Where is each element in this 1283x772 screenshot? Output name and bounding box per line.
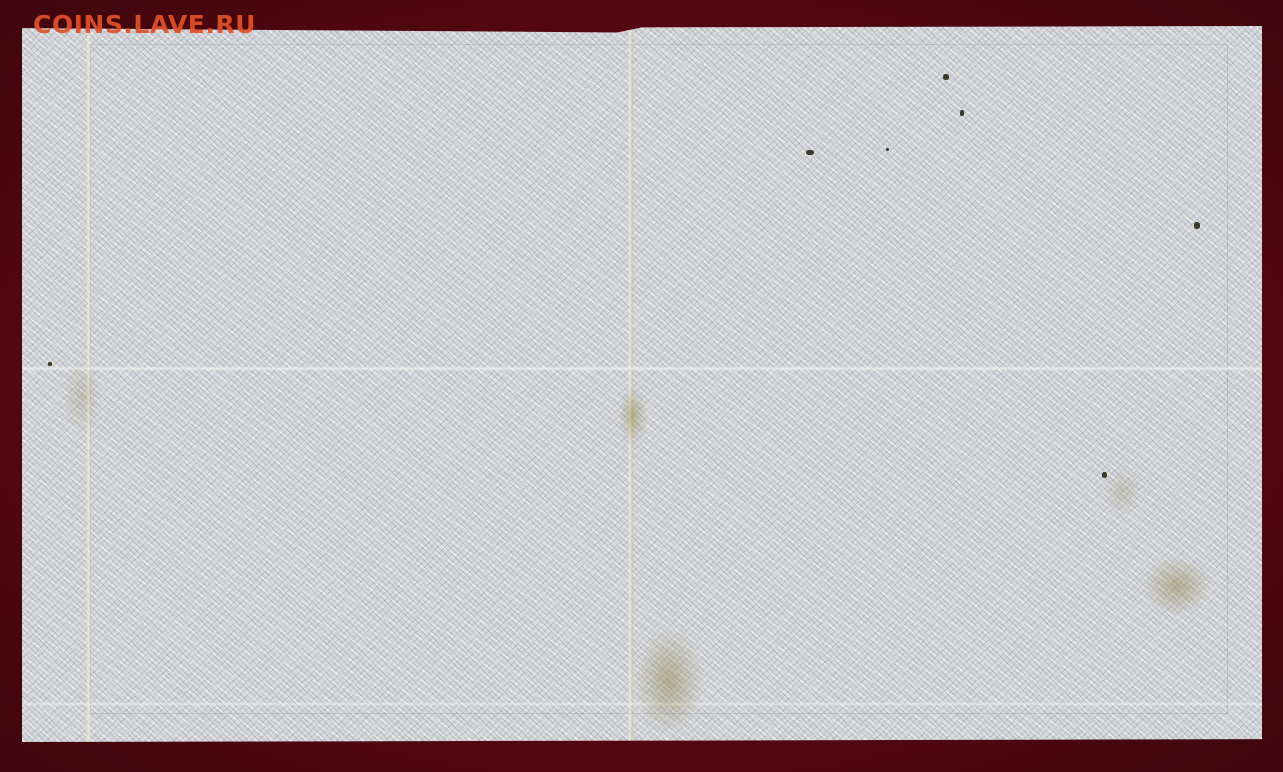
stain: [1102, 466, 1142, 516]
printed-frame: [90, 44, 1228, 714]
banknote: [22, 26, 1262, 742]
ink-spot: [960, 110, 964, 116]
watermark-text: COINS.LAVE.RU: [33, 10, 256, 39]
ink-spot: [1194, 222, 1200, 229]
stain: [618, 386, 648, 446]
stain: [634, 626, 704, 736]
ink-spot: [806, 150, 814, 155]
stain: [1142, 556, 1212, 616]
ink-spot: [943, 74, 949, 80]
horizontal-fold-line: [22, 366, 1262, 371]
center-fold-line: [628, 26, 634, 742]
ink-spot: [48, 362, 52, 366]
ink-spot: [1102, 472, 1107, 478]
ink-spot: [886, 148, 889, 151]
stain: [62, 356, 102, 436]
